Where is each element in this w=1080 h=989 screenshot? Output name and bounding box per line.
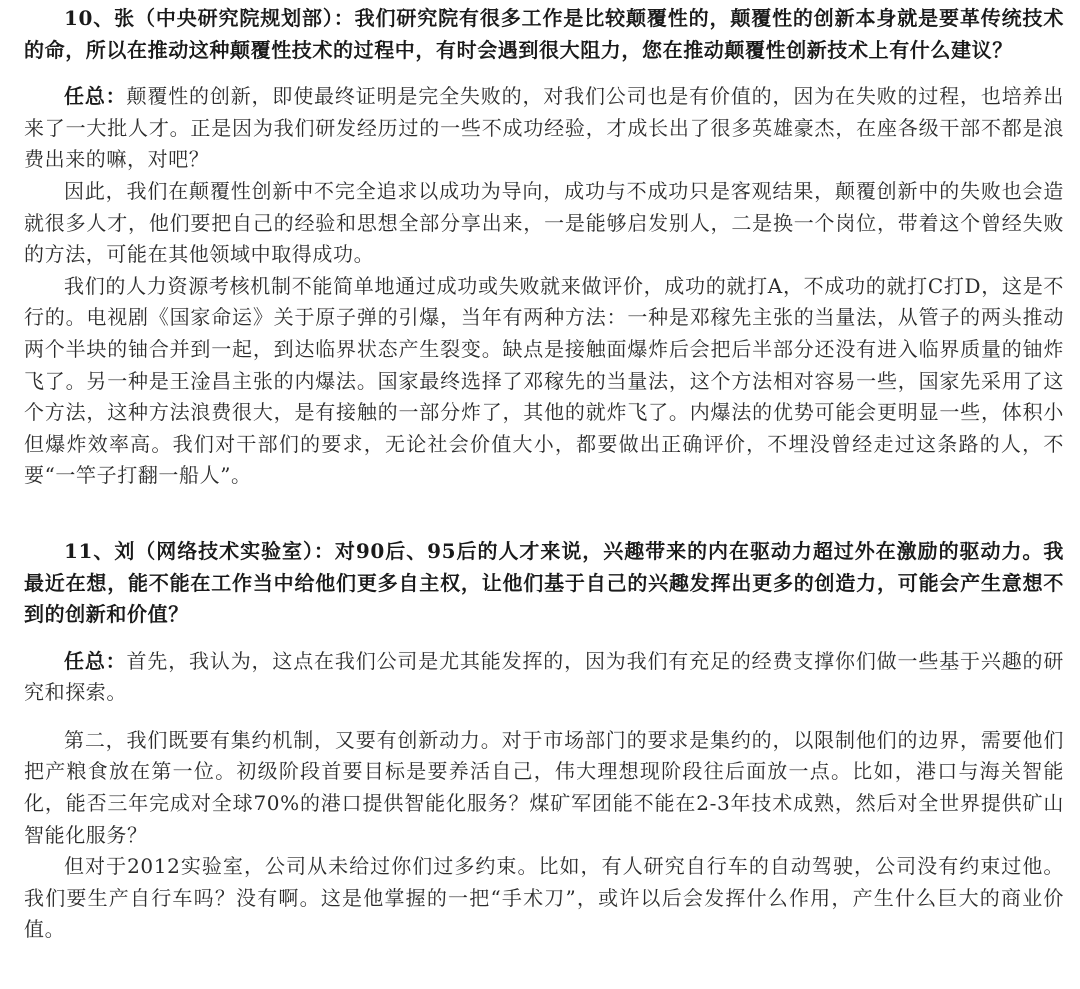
answer-speaker: 任总： [64,649,127,673]
qa-section-11: 11、刘（网络技术实验室）：对90后、95后的人才来说，兴趣带来的内在驱动力超过… [24,536,1064,946]
answer-text: 颠覆性的创新，即使最终证明是完全失败的，对我们公司也是有价值的，因为在失败的过程… [24,84,1064,171]
answer-speaker: 任总： [64,84,127,108]
answer-paragraph: 因此，我们在颠覆性创新中不完全追求以成功为导向，成功与不成功只是客观结果，颠覆创… [24,176,1064,271]
question-11: 11、刘（网络技术实验室）：对90后、95后的人才来说，兴趣带来的内在驱动力超过… [24,536,1064,631]
answer-paragraph: 第二，我们既要有集约机制，又要有创新动力。对于市场部门的要求是集约的，以限制他们… [24,725,1064,851]
answer-paragraph: 任总：颠覆性的创新，即使最终证明是完全失败的，对我们公司也是有价值的，因为在失败… [24,81,1064,176]
document-body: 10、张（中央研究院规划部）：我们研究院有很多工作是比较颠覆性的，颠覆性的创新本… [24,3,1064,946]
answer-paragraph: 但对于2012实验室，公司从未给过你们过多约束。比如，有人研究自行车的自动驾驶，… [24,851,1064,946]
qa-section-10: 10、张（中央研究院规划部）：我们研究院有很多工作是比较颠覆性的，颠覆性的创新本… [24,3,1064,492]
answer-paragraph: 我们的人力资源考核机制不能简单地通过成功或失败就来做评价，成功的就打A，不成功的… [24,271,1064,492]
question-10: 10、张（中央研究院规划部）：我们研究院有很多工作是比较颠覆性的，颠覆性的创新本… [24,3,1064,66]
answer-text: 首先，我认为，这点在我们公司是尤其能发挥的，因为我们有充足的经费支撑你们做一些基… [24,649,1064,705]
answer-paragraph: 任总：首先，我认为，这点在我们公司是尤其能发挥的，因为我们有充足的经费支撑你们做… [24,646,1064,709]
